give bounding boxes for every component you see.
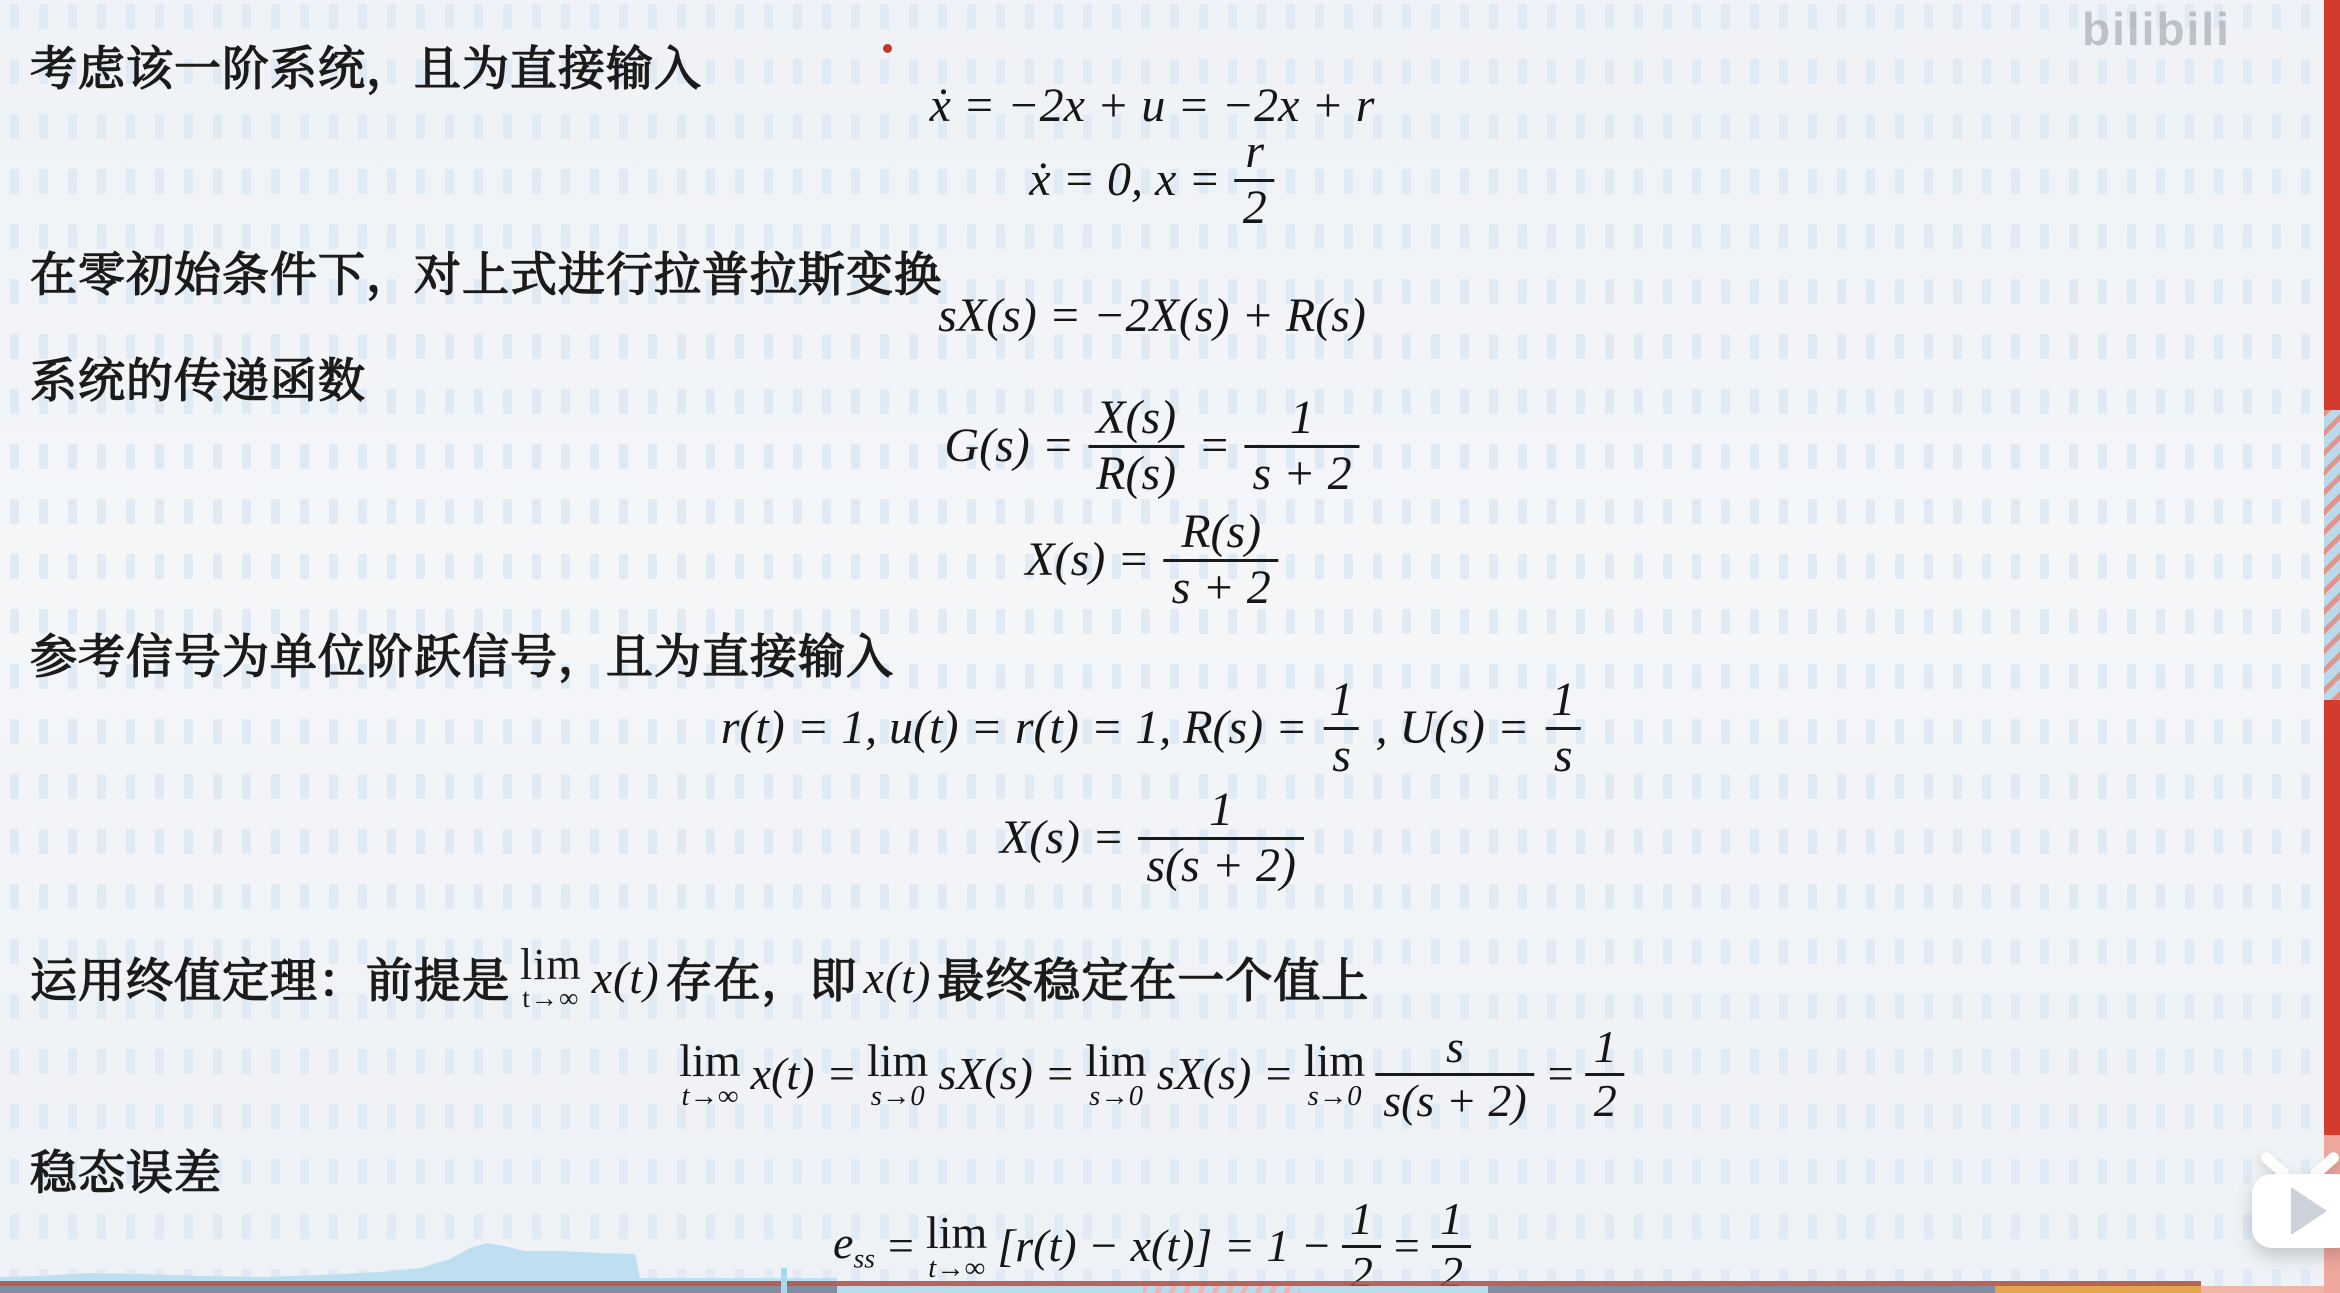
paragraph-6: 稳态误差 (30, 1136, 222, 1203)
eq6-fraction-1: 1 s (1322, 676, 1362, 781)
paragraph-1: 考虑该一阶系统，且为直接输入 (30, 32, 702, 99)
equation-transfer-function: G(s) = X(s) R(s) = 1 s + 2 (944, 394, 1359, 499)
bilibili-tv-logo-icon (2252, 1148, 2340, 1253)
tv-body (2252, 1174, 2340, 1248)
eq9-fraction-2: 1 2 (1432, 1196, 1471, 1293)
p5-lim: lim t→∞ (520, 944, 582, 1012)
eq4-pre: G(s) = (944, 420, 1074, 473)
p5-math2: x(t) (864, 951, 932, 1004)
eq8-lim-4: lim s→0 (1304, 1039, 1365, 1110)
seek-position-marker[interactable] (781, 1268, 787, 1293)
p5-post: 最终稳定在一个值上 (937, 944, 1369, 1011)
eq5-pre: X(s) = (1025, 534, 1149, 587)
paragraph-2: 在零初始条件下，对上式进行拉普拉斯变换 (30, 238, 942, 305)
eq4-fraction-1: X(s) R(s) (1088, 394, 1184, 499)
eq2-pre: ẋ = 0, x = (1029, 154, 1220, 207)
eq6-mid: , U(s) = (1376, 702, 1530, 755)
eq2-fraction: r 2 (1235, 128, 1275, 233)
eq7-fraction: 1 s(s + 2) (1138, 786, 1304, 891)
seekbar-orange-segment[interactable] (1995, 1286, 2201, 1293)
play-triangle-icon (2291, 1187, 2327, 1235)
p5-math1: x(t) (592, 951, 660, 1004)
equation-step-input: r(t) = 1, u(t) = r(t) = 1, R(s) = 1 s , … (721, 676, 1584, 781)
right-edge-red-strip (2324, 0, 2340, 410)
equation-xs: X(s) = R(s) s + 2 (1025, 508, 1278, 613)
eq9-fraction-1: 1 2 (1342, 1196, 1381, 1293)
equation-state: ẋ = −2x + u = −2x + r (930, 80, 1375, 133)
equation-equilibrium: ẋ = 0, x = r 2 (1029, 128, 1274, 233)
equation-steady-state-error: ess = lim t→∞ [r(t) − x(t)] = 1 − 1 2 = … (833, 1196, 1471, 1293)
eq8-term-2: sX(s) = (938, 1049, 1075, 1100)
eq9-lim: lim t→∞ (926, 1211, 987, 1282)
eq4-equals: = (1198, 420, 1230, 473)
eq3-text: sX(s) = −2X(s) + R(s) (938, 290, 1366, 343)
eq8-term-1: x(t) = (751, 1049, 857, 1100)
seekbar[interactable] (0, 1286, 2340, 1293)
video-frame: bilibili 考虑该一阶系统，且为直接输入 ẋ = −2x + u = −2… (0, 0, 2340, 1293)
right-edge-striped-strip (2324, 410, 2340, 700)
seekbar-watched-segment-2[interactable] (1488, 1286, 1995, 1293)
eq8-lim-1: lim t→∞ (679, 1039, 740, 1110)
eq8-equals: = (1545, 1049, 1576, 1100)
eq9-equals-1: = (885, 1221, 916, 1272)
eq1-text: ẋ = −2x + u = −2x + r (930, 80, 1375, 133)
seekbar-salmon-segment[interactable] (2201, 1286, 2340, 1293)
paragraph-3: 系统的传递函数 (30, 344, 366, 411)
eq9-mid: [r(t) − x(t)] = 1 − (997, 1221, 1332, 1272)
paragraph-5: 运用终值定理：前提是 lim t→∞ x(t) 存在，即 x(t) 最终稳定在一… (30, 944, 1369, 1012)
p5-pre: 运用终值定理：前提是 (30, 944, 510, 1011)
eq7-pre: X(s) = (1000, 812, 1124, 865)
eq6-pre: r(t) = 1, u(t) = r(t) = 1, R(s) = (721, 702, 1308, 755)
p5-mid: 存在，即 (666, 944, 858, 1011)
seekbar-watched-segment[interactable] (0, 1286, 837, 1293)
eq8-lim-3: lim s→0 (1085, 1039, 1146, 1110)
equation-final-value: lim t→∞ x(t) = lim s→0 sX(s) = lim s→0 s… (679, 1024, 1624, 1125)
equation-laplace: sX(s) = −2X(s) + R(s) (938, 290, 1366, 343)
eq5-fraction: R(s) s + 2 (1164, 508, 1279, 613)
eq6-fraction-2: 1 s (1543, 676, 1583, 781)
right-edge-red-strip-lower (2324, 700, 2340, 1135)
eq8-fraction: s s(s + 2) (1375, 1024, 1534, 1125)
eq8-lim-2: lim s→0 (867, 1039, 928, 1110)
eq8-term-3: sX(s) = (1157, 1049, 1294, 1100)
equation-xs-step: X(s) = 1 s(s + 2) (1000, 786, 1304, 891)
eq4-fraction-2: 1 s + 2 (1244, 394, 1359, 499)
bilibili-watermark: bilibili (2082, 2, 2328, 56)
eq8-result-fraction: 1 2 (1586, 1024, 1625, 1125)
pointer-dot (883, 44, 892, 53)
seekbar-striped-segment[interactable] (1143, 1286, 1300, 1293)
eq9-equals-2: = (1391, 1221, 1422, 1272)
